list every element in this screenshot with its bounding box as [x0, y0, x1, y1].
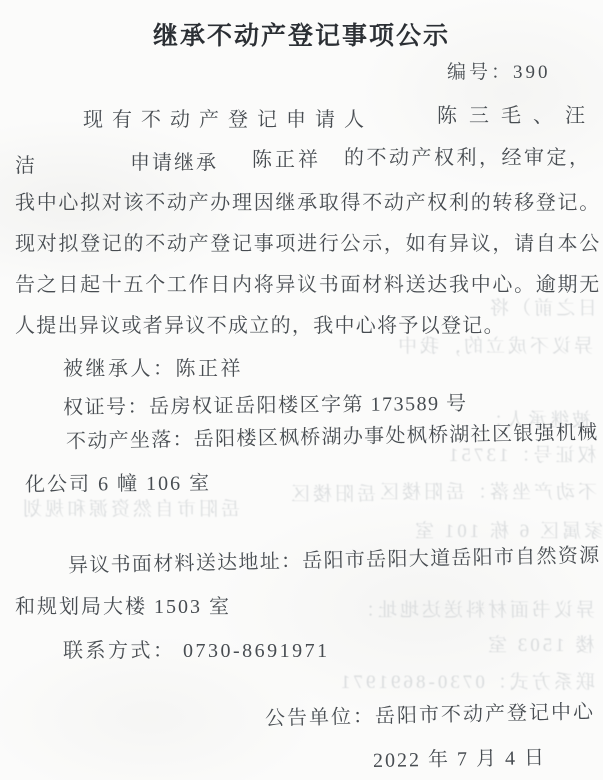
field-objection-address-line2: 和规划局大楼 1503 室 [15, 590, 231, 619]
bleedthrough-text: 联系方式：0730-8691971 [338, 667, 595, 694]
field-property-location-line2: 化公司 6 幢 106 室 [25, 466, 211, 497]
field-certificate-number: 权证号：岳房权证岳阳楼区字第 173589 号 [63, 387, 468, 420]
notice-line6: 人提出异议或者异议不成立的，我中心将予以登记。 [15, 309, 505, 338]
bleedthrough-text: 岳阳市自然资源和规划 [20, 494, 240, 521]
bleedthrough-text: 异议书面材料送达地址： [353, 595, 595, 622]
notice-line2-rest: 的不动产权利，经审定， [344, 141, 592, 170]
notice-line5: 告之日起十五个工作日内将异议书面材料送达我中心。逾期无 [15, 268, 601, 297]
bleedthrough-text: 不动产坐落：岳阳楼区 [377, 477, 597, 504]
document-number: 编号：390 [447, 57, 551, 84]
bleedthrough-text: 楼 1503 室 [485, 630, 595, 657]
notice-line4: 现对拟登记的不动产登记事项进行公示，如有异议，请自本公 [15, 227, 601, 256]
document-title: 继承不动产登记事项公示 [0, 16, 603, 52]
apply-inherit-label: 申请继承 [130, 146, 218, 175]
bleedthrough-text: 岳阳楼区 [288, 479, 376, 506]
field-decedent: 被继承人：陈正祥 [63, 352, 243, 381]
notice-line3: 我中心拟对该不动产办理因继承取得不动产权利的转移登记。 [15, 186, 601, 215]
announcing-unit: 公告单位：岳阳市不动产登记中心 [265, 695, 596, 731]
applicants-names: 陈三毛、汪 [437, 99, 597, 128]
applicants-label: 现有不动产登记申请人 [83, 103, 373, 132]
field-objection-address-line1: 异议书面材料送达地址：岳阳市岳阳大道岳阳市自然资源 [68, 539, 601, 578]
decedent-name-inline: 陈正祥 [252, 143, 321, 172]
field-contact-phone: 联系方式： 0730-8691971 [63, 634, 330, 663]
announcement-date: 2022 年 7 月 4 日 [373, 741, 546, 773]
applicants-name-continued: 洁 [15, 149, 35, 178]
scanned-notice-document: 日之前）将 异议不成立的，我中 被继承人： 权证号：13751 岳阳楼区 不动产… [0, 0, 603, 780]
